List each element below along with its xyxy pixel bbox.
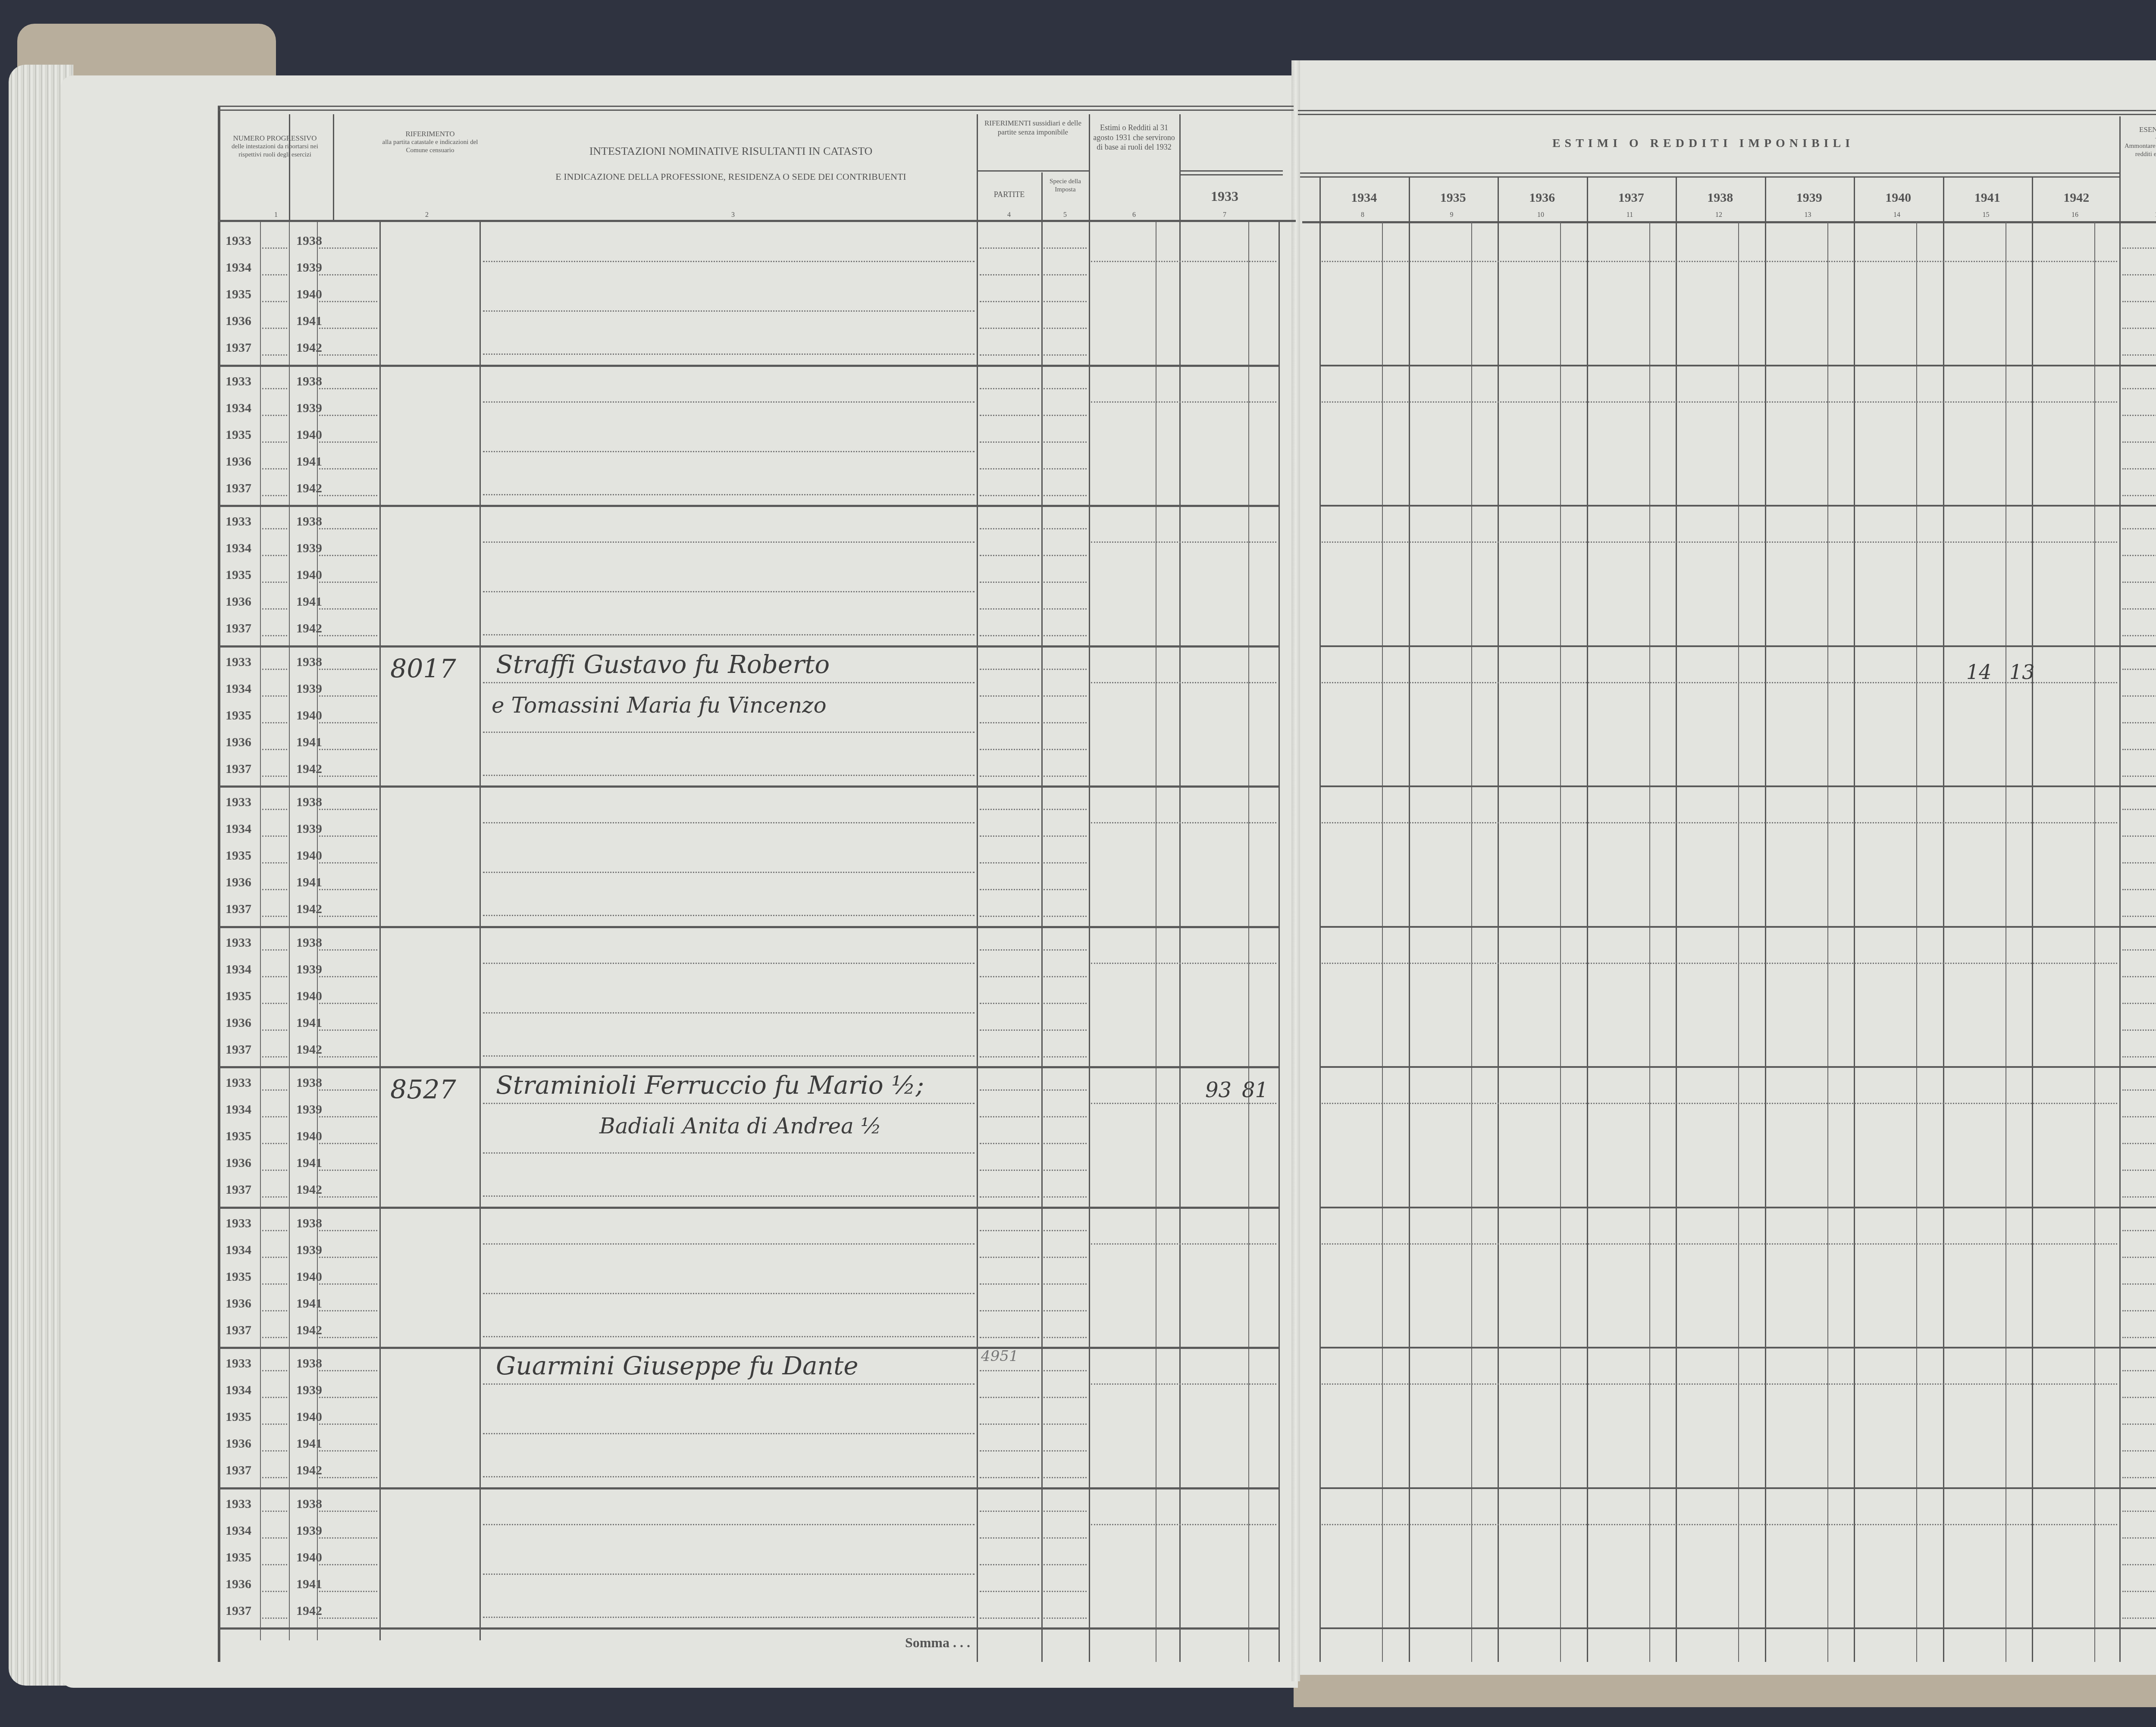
- year-dotted: [262, 274, 287, 275]
- esenzioni-dotted: [2122, 1477, 2156, 1478]
- block-separator-right: [1319, 1627, 2156, 1629]
- estimi-group-title: ESTIMI O REDDITI IMPONIBILI: [1337, 136, 2070, 151]
- body-vline: [289, 222, 290, 1640]
- partite-dotted: [980, 695, 1039, 697]
- year-dotted: [262, 301, 287, 302]
- specie-dotted: [1044, 1029, 1087, 1031]
- owner-name-line-1: Straminioli Ferruccio fu Mario ½;: [496, 1070, 924, 1100]
- name-line: [483, 1476, 975, 1477]
- partite-dotted: [980, 354, 1039, 356]
- year-dotted: [319, 1477, 377, 1478]
- year-dotted: [319, 1056, 377, 1057]
- year-label: 1933: [226, 514, 251, 529]
- right-header-bottom-rule: [1302, 221, 2156, 223]
- block-separator-left: [220, 1627, 1279, 1630]
- right-frame-top: [1298, 110, 2156, 115]
- year-col-header-1939: 1939: [1765, 190, 1854, 206]
- partite-dotted: [980, 1230, 1039, 1231]
- year-col-number: 12: [1706, 211, 1732, 219]
- year-label: 1940: [296, 568, 322, 582]
- year-dotted: [262, 835, 287, 837]
- year-label: 1934: [226, 1243, 251, 1258]
- name-line: [483, 541, 975, 543]
- specie-dotted: [1044, 328, 1087, 329]
- year-label: 1936: [226, 1296, 251, 1311]
- body-vline: [1248, 222, 1249, 1662]
- name-line: [483, 451, 975, 452]
- esenzioni-dotted: [2122, 1116, 2156, 1117]
- year-dotted: [319, 1337, 377, 1338]
- col7-number: 7: [1207, 211, 1242, 219]
- year-col-header-1942: 1942: [2032, 190, 2121, 206]
- year-dotted: [262, 1591, 287, 1592]
- col3-header: INTESTAZIONI NOMINATIVE RISULTANTI IN CA…: [487, 144, 975, 182]
- specie-dotted: [1044, 1537, 1087, 1539]
- specie-dotted: [1044, 1143, 1087, 1144]
- esenzioni-dotted: [2122, 1537, 2156, 1539]
- partite-dotted: [980, 415, 1039, 416]
- value-line: [1091, 1243, 1276, 1245]
- specie-dotted: [1044, 722, 1087, 723]
- year-label: 1935: [226, 1129, 251, 1144]
- name-line: [483, 1152, 975, 1154]
- partite-dotted: [980, 1337, 1039, 1338]
- year-dotted: [319, 582, 377, 583]
- year-label: 1934: [226, 822, 251, 836]
- body-vline: [1409, 222, 1410, 1662]
- esenzioni-header: ESENZIONI — Ammontare degli estimi o red…: [2121, 125, 2156, 159]
- year-dotted: [262, 749, 287, 750]
- hdr-sep-1: [289, 114, 290, 220]
- col6-number: 6: [1117, 211, 1151, 219]
- year-label: 1937: [226, 341, 251, 355]
- year-label: 1942: [296, 902, 322, 917]
- specie-dotted: [1044, 949, 1087, 951]
- esenzioni-dotted: [2122, 1089, 2156, 1091]
- block-separator-right: [1319, 1487, 2156, 1489]
- year-dotted: [319, 1370, 377, 1371]
- year-label: 1938: [296, 935, 322, 950]
- year-label: 1939: [296, 1383, 322, 1398]
- col1-header: NUMERO PROGRESSIVO delle intestazioni da…: [220, 134, 330, 159]
- esenzioni-dotted: [2122, 1450, 2156, 1452]
- value-line: [1322, 963, 2117, 964]
- body-vline: [1498, 222, 1499, 1662]
- hdr-sep-5: [1089, 114, 1090, 220]
- block-separator-right: [1319, 505, 2156, 507]
- year-dotted: [262, 776, 287, 777]
- year-dotted: [262, 1537, 287, 1539]
- year-dotted: [262, 695, 287, 697]
- esenzioni-dotted: [2122, 608, 2156, 610]
- year-label: 1941: [296, 735, 322, 750]
- year-dotted: [262, 1450, 287, 1452]
- year-label: 1939: [296, 1524, 322, 1538]
- esenzioni-dotted: [2122, 528, 2156, 529]
- hdr-sep-2: [333, 114, 334, 220]
- year-col-header-1935: 1935: [1409, 190, 1498, 206]
- year-dotted: [319, 949, 377, 951]
- partite-dotted: [980, 1310, 1039, 1311]
- body-vline: [1943, 222, 1944, 1662]
- body-vline: [2032, 222, 2033, 1662]
- partite-dotted: [980, 1029, 1039, 1031]
- year-dotted: [262, 722, 287, 723]
- somma-label: Somma . . .: [819, 1634, 970, 1651]
- year-label: 1933: [226, 655, 251, 670]
- specie-dotted: [1044, 1337, 1087, 1338]
- year-dotted: [319, 1003, 377, 1004]
- year-label: 1934: [226, 1102, 251, 1117]
- name-line: [483, 1524, 975, 1525]
- year-dotted: [319, 976, 377, 977]
- year-dotted: [319, 1257, 377, 1258]
- block-separator-left: [220, 645, 1279, 648]
- name-line: [483, 1243, 975, 1245]
- esenzioni-dotted: [2122, 776, 2156, 777]
- year-label: 1942: [296, 1604, 322, 1618]
- year-label: 1935: [226, 287, 251, 302]
- year-dotted: [319, 328, 377, 329]
- partite-dotted: [980, 1564, 1039, 1565]
- year-label: 1937: [226, 621, 251, 636]
- year-dotted: [262, 1477, 287, 1478]
- year-label: 1942: [296, 481, 322, 496]
- year-label: 1936: [226, 314, 251, 329]
- partite-dotted: [980, 809, 1039, 810]
- specie-dotted: [1044, 1370, 1087, 1371]
- year-dotted: [262, 949, 287, 951]
- col4-header: PARTITE: [978, 190, 1040, 200]
- specie-dotted: [1044, 495, 1087, 496]
- partite-dotted: [980, 669, 1039, 670]
- book-spine: [1291, 60, 1300, 1681]
- year-dotted: [319, 1511, 377, 1512]
- year-col-header-1934: 1934: [1319, 190, 1409, 206]
- body-vline-cents: [1382, 222, 1383, 1662]
- year-col-number: 9: [1439, 211, 1465, 219]
- year-label: 1940: [296, 1270, 322, 1284]
- year-label: 1941: [296, 1577, 322, 1592]
- right-body-left-line: [1319, 177, 1321, 1660]
- year-label: 1933: [226, 1216, 251, 1231]
- esenzioni-dotted: [2122, 1397, 2156, 1398]
- year-dotted: [262, 1424, 287, 1425]
- year-label: 1937: [226, 1463, 251, 1478]
- name-line: [483, 1617, 975, 1618]
- partite-dotted: [980, 441, 1039, 443]
- specie-dotted: [1044, 976, 1087, 977]
- year-dotted: [319, 1089, 377, 1091]
- year-label: 1940: [296, 1410, 322, 1424]
- esenzioni-dotted: [2122, 247, 2156, 249]
- partite-dotted: [980, 468, 1039, 469]
- year-dotted: [262, 1230, 287, 1231]
- value-line: [1091, 1524, 1276, 1525]
- specie-dotted: [1044, 1170, 1087, 1171]
- value-line: [1322, 1524, 2117, 1525]
- year-dotted: [262, 582, 287, 583]
- esenzioni-dotted: [2122, 916, 2156, 917]
- value-line: [1091, 261, 1276, 262]
- year-dotted: [262, 1003, 287, 1004]
- year-label: 1940: [296, 989, 322, 1004]
- esenzioni-dotted: [2122, 949, 2156, 951]
- partite-dotted: [980, 1170, 1039, 1171]
- year-label: 1934: [226, 1383, 251, 1398]
- specie-dotted: [1044, 1257, 1087, 1258]
- year-label: 1933: [226, 374, 251, 389]
- year-label: 1938: [296, 374, 322, 389]
- col5-number: 5: [1048, 211, 1082, 219]
- book-cloth-bottom-right: [1294, 1673, 2156, 1707]
- year-label: 1934: [226, 401, 251, 416]
- year-label: 1936: [226, 875, 251, 890]
- year-dotted: [319, 274, 377, 275]
- partite-dotted: [980, 976, 1039, 977]
- col5-header: Specie della Imposta: [1043, 178, 1088, 194]
- year-dotted: [262, 388, 287, 389]
- value-line: [1322, 1243, 2117, 1245]
- value-line: [1091, 401, 1276, 403]
- block-separator-left: [220, 1207, 1279, 1209]
- body-vline-cents: [2006, 222, 2006, 1662]
- name-line: [483, 1103, 975, 1104]
- partite-dotted: [980, 635, 1039, 636]
- specie-dotted: [1044, 274, 1087, 275]
- specie-dotted: [1044, 1310, 1087, 1311]
- name-line: [483, 1293, 975, 1294]
- year-label: 1936: [226, 1016, 251, 1030]
- name-line: [483, 591, 975, 592]
- specie-dotted: [1044, 835, 1087, 837]
- specie-dotted: [1044, 1511, 1087, 1512]
- partita-number: 8017: [390, 654, 456, 684]
- year-dotted: [319, 916, 377, 917]
- specie-dotted: [1044, 528, 1087, 529]
- partite-dotted: [980, 495, 1039, 496]
- year-label: 1933: [226, 1497, 251, 1511]
- esenzioni-dotted: [2122, 669, 2156, 670]
- owner-name-line-1: Straffi Gustavo fu Roberto: [496, 650, 830, 679]
- body-vline-cents: [1827, 222, 1828, 1662]
- year-label: 1939: [296, 962, 322, 977]
- block-separator-right: [1319, 1066, 2156, 1068]
- esenzioni-dotted: [2122, 976, 2156, 977]
- name-line: [483, 261, 975, 262]
- specie-dotted: [1044, 247, 1087, 249]
- year-dotted: [262, 1196, 287, 1198]
- esenzioni-dotted: [2122, 1196, 2156, 1198]
- body-vline: [1854, 222, 1855, 1662]
- partite-dotted: [980, 1397, 1039, 1398]
- partite-dotted: [980, 1257, 1039, 1258]
- year-label: 1937: [226, 1042, 251, 1057]
- name-line: [483, 682, 975, 683]
- year-dotted: [319, 862, 377, 863]
- block-separator-right: [1319, 1207, 2156, 1208]
- year-dotted: [319, 1424, 377, 1425]
- name-line: [483, 401, 975, 403]
- esenzioni-dotted: [2122, 328, 2156, 329]
- partite-dotted: [980, 608, 1039, 610]
- esenzioni-dotted: [2122, 1283, 2156, 1285]
- year-dotted: [319, 669, 377, 670]
- year-dotted: [319, 776, 377, 777]
- year-label: 1936: [226, 735, 251, 750]
- specie-dotted: [1044, 1230, 1087, 1231]
- year-dotted: [262, 1511, 287, 1512]
- value-1941-integer: 14: [1966, 660, 1992, 684]
- hdr-sub-rule: [977, 170, 1089, 172]
- left-frame-left: [218, 106, 220, 1662]
- year-dotted: [262, 1283, 287, 1285]
- specie-dotted: [1044, 1003, 1087, 1004]
- year-col-number: 15: [1973, 211, 1999, 219]
- year-label: 1938: [296, 1356, 322, 1371]
- year-label: 1938: [296, 655, 322, 670]
- specie-dotted: [1044, 468, 1087, 469]
- year-label: 1941: [296, 1436, 322, 1451]
- body-vline: [1587, 222, 1588, 1662]
- value-line: [1091, 1103, 1276, 1104]
- year-dotted: [319, 835, 377, 837]
- year-label: 1934: [226, 682, 251, 696]
- year-dotted: [262, 1397, 287, 1398]
- esenzioni-dotted: [2122, 835, 2156, 837]
- partite-dotted: [980, 582, 1039, 583]
- year-dotted: [319, 889, 377, 890]
- year-label: 1936: [226, 1156, 251, 1170]
- year-dotted: [319, 1143, 377, 1144]
- year-dotted: [262, 1029, 287, 1031]
- esenzioni-dotted: [2122, 1056, 2156, 1057]
- esenzioni-dotted: [2122, 1424, 2156, 1425]
- partite-dotted: [980, 1537, 1039, 1539]
- year-dotted: [319, 1170, 377, 1171]
- year-dotted: [262, 976, 287, 977]
- esenzioni-dotted: [2122, 1511, 2156, 1512]
- year-dotted: [262, 669, 287, 670]
- esenzioni-dotted: [2122, 1143, 2156, 1144]
- value-line: [1091, 1383, 1276, 1385]
- year-dotted: [319, 1591, 377, 1592]
- year-dotted: [262, 468, 287, 469]
- specie-dotted: [1044, 388, 1087, 389]
- hdr-sep-6: [1179, 114, 1181, 220]
- partite-dotted: [980, 889, 1039, 890]
- year-dotted: [262, 1564, 287, 1565]
- block-separator-left: [220, 926, 1279, 928]
- body-vline-cents: [1916, 222, 1917, 1662]
- hdr-1933-rule: [1179, 170, 1283, 175]
- specie-dotted: [1044, 1591, 1087, 1592]
- block-separator-left: [220, 1347, 1279, 1349]
- partite-dotted: [980, 388, 1039, 389]
- year-dotted: [262, 916, 287, 917]
- year-label: 1938: [296, 795, 322, 810]
- name-line: [483, 775, 975, 776]
- year-label: 1939: [296, 822, 322, 836]
- year-label: 1936: [226, 454, 251, 469]
- year-dotted: [262, 1056, 287, 1057]
- partite-dotted: [980, 1477, 1039, 1478]
- year-dotted: [262, 528, 287, 529]
- col6-header: Estimi o Redditi al 31 agosto 1931 che s…: [1091, 123, 1177, 152]
- esenzioni-dotted: [2122, 1617, 2156, 1619]
- year-dotted: [319, 555, 377, 556]
- name-line: [483, 494, 975, 495]
- partite-dotted: [980, 1116, 1039, 1117]
- year-label: 1942: [296, 621, 322, 636]
- body-vline: [379, 222, 381, 1640]
- year-col-header-1937: 1937: [1587, 190, 1676, 206]
- year-label: 1942: [296, 341, 322, 355]
- year-label: 1937: [226, 902, 251, 917]
- esenzioni-dotted: [2122, 555, 2156, 556]
- year-label: 1936: [226, 1577, 251, 1592]
- year-dotted: [319, 495, 377, 496]
- col4-group-header: RIFERIMENTI sussidiari e delle partite s…: [978, 119, 1088, 137]
- year-dotted: [262, 1170, 287, 1171]
- specie-dotted: [1044, 862, 1087, 863]
- partite-dotted: [980, 301, 1039, 302]
- esenzioni-dotted: [2122, 495, 2156, 496]
- name-line: [483, 1195, 975, 1197]
- specie-dotted: [1044, 1397, 1087, 1398]
- specie-dotted: [1044, 889, 1087, 890]
- year-label: 1939: [296, 682, 322, 696]
- body-vline: [977, 222, 978, 1662]
- esenzioni-dotted: [2122, 1257, 2156, 1258]
- specie-dotted: [1044, 354, 1087, 356]
- col2-number: 2: [401, 211, 453, 219]
- year-dotted: [319, 1196, 377, 1198]
- year-dotted: [319, 1029, 377, 1031]
- year-col-header-1941: 1941: [1943, 190, 2032, 206]
- partite-dotted: [980, 555, 1039, 556]
- year-dotted: [319, 1397, 377, 1398]
- partite-dotted: [980, 274, 1039, 275]
- year-label: 1937: [226, 1323, 251, 1338]
- year-col-number: 11: [1617, 211, 1643, 219]
- block-separator-left: [220, 785, 1279, 788]
- year-col-number: 14: [1884, 211, 1910, 219]
- partite-dotted: [980, 1283, 1039, 1285]
- value-1933-integer: 93: [1205, 1078, 1232, 1102]
- name-line: [483, 310, 975, 312]
- specie-dotted: [1044, 776, 1087, 777]
- year-dotted: [319, 1537, 377, 1539]
- partite-dotted: [980, 1424, 1039, 1425]
- specie-dotted: [1044, 809, 1087, 810]
- body-vline-cents: [1560, 222, 1561, 1662]
- year-label: 1941: [296, 1016, 322, 1030]
- partite-dotted: [980, 1370, 1039, 1371]
- partite-dotted: [980, 835, 1039, 837]
- specie-dotted: [1044, 1564, 1087, 1565]
- esenzioni-dotted: [2122, 1310, 2156, 1311]
- form-title: Mod. 111 - Imposte Dirette (Intercalare)…: [2134, 84, 2156, 94]
- year-label: 1938: [296, 514, 322, 529]
- year-label: 1935: [226, 1410, 251, 1424]
- specie-dotted: [1044, 1196, 1087, 1198]
- specie-dotted: [1044, 1056, 1087, 1057]
- partita-number: 8527: [390, 1075, 456, 1105]
- year-label: 1933: [226, 1356, 251, 1371]
- specie-dotted: [1044, 916, 1087, 917]
- col7-header: 1933: [1181, 188, 1268, 205]
